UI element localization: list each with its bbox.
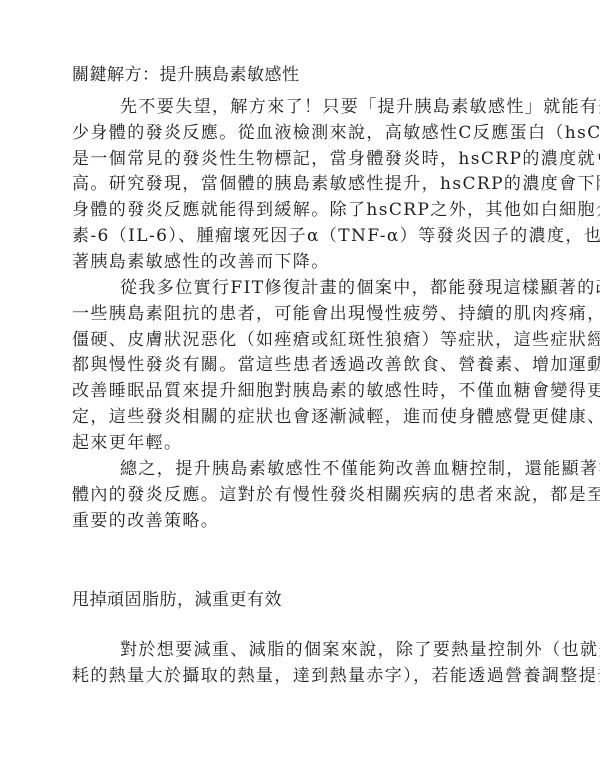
text-line: 總之，提升胰島素敏感性不僅能夠改善血糖控制，還能顯著減少 <box>72 457 530 483</box>
text-line: 起來更年輕。 <box>72 431 530 457</box>
text-line: 身體的發炎反應就能得到緩解。除了hsCRP之外，其他如白細胞介 <box>72 198 530 224</box>
text-line: 一些胰島素阻抗的患者，可能會出現慢性疲勞、持續的肌肉疼痛，或 <box>72 302 530 328</box>
paragraph-4: 對於想要減重、減脂的個案來說，除了要熱量控制外（也就是消 耗的熱量大於攝取的熱量… <box>72 638 530 690</box>
text-line: 定，這些發炎相關的症狀也會逐漸減輕，進而使身體感覺更健康、看 <box>72 405 530 431</box>
text-line: 都與慢性發炎有關。當這些患者透過改善飲食、營養素、增加運動與 <box>72 353 530 379</box>
paragraph-2: 從我多位實行FIT修復計畫的個案中，都能發現這樣顯著的改變！ 一些胰島素阻抗的患… <box>72 276 530 457</box>
text-line: 僵硬、皮膚狀況惡化（如痤瘡或紅斑性狼瘡）等症狀，這些症狀經常 <box>72 328 530 354</box>
text-line: 體內的發炎反應。這對於有慢性發炎相關疾病的患者來說，都是至關 <box>72 483 530 509</box>
text-line: 改善睡眠品質來提升細胞對胰島素的敏感性時，不僅血糖會變得更穩 <box>72 379 530 405</box>
section-heading-fat-loss: 甩掉頑固脂肪，減重更有效 <box>72 588 282 612</box>
text-line: 從我多位實行FIT修復計畫的個案中，都能發現這樣顯著的改變！ <box>72 276 530 302</box>
text-line: 重要的改善策略。 <box>72 509 530 535</box>
text-line: 高。研究發現，當個體的胰島素敏感性提升，hsCRP的濃度會下降， <box>72 172 530 198</box>
text-line: 是一個常見的發炎性生物標記，當身體發炎時，hsCRP的濃度就會升 <box>72 147 530 173</box>
text-line: 著胰島素敏感性的改善而下降。 <box>72 250 530 276</box>
paragraph-3: 總之，提升胰島素敏感性不僅能夠改善血糖控制，還能顯著減少 體內的發炎反應。這對於… <box>72 457 530 534</box>
text-line: 耗的熱量大於攝取的熱量，達到熱量赤字），若能透過營養調整提升 <box>72 664 530 690</box>
text-line: 素-6（IL-6）、腫瘤壞死因子α（TNF-α）等發炎因子的濃度，也會隨 <box>72 224 530 250</box>
text-line: 少身體的發炎反應。從血液檢測來說，高敏感性C反應蛋白（hsCRP） <box>72 121 530 147</box>
paragraph-1: 先不要失望，解方來了！只要「提升胰島素敏感性」就能有效減 少身體的發炎反應。從血… <box>72 95 530 276</box>
section-heading-insulin-sensitivity: 關鍵解方：提升胰島素敏感性 <box>72 63 300 87</box>
text-line: 先不要失望，解方來了！只要「提升胰島素敏感性」就能有效減 <box>72 95 530 121</box>
text-line: 對於想要減重、減脂的個案來說，除了要熱量控制外（也就是消 <box>72 638 530 664</box>
